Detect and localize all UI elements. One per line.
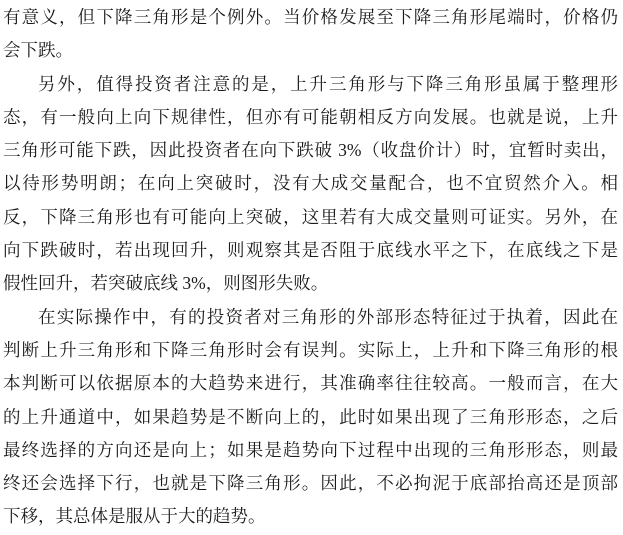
text-line: 以待形势明朗；在向上突破时，没有大成交量配合，也不宜贸然介入。相 <box>3 167 618 200</box>
text-line: 最终选择的方向还是向上；如果是趋势向下过程中出现的三角形形态，则最 <box>3 434 618 467</box>
text-line: 态，有一般向上向下规律性，但亦有可能朝相反方向发展。也就是说，上升 <box>3 101 618 134</box>
text-line: 下移，其总体是服从于大的趋势。 <box>3 500 618 533</box>
document-page: 有意义，但下降三角形是个例外。当价格发展至下降三角形尾端时，价格仍 会下跌。 另… <box>0 0 623 535</box>
text-line: 有意义，但下降三角形是个例外。当价格发展至下降三角形尾端时，价格仍 <box>3 1 618 34</box>
text-line: 向下跌破时，若出现回升，则观察其是否阻于底线水平之下，在底线之下是 <box>3 234 618 267</box>
text-line: 在实际操作中，有的投资者对三角形的外部形态特征过于执着，因此在 <box>3 301 618 334</box>
text-line: 会下跌。 <box>3 34 618 67</box>
text-line: 的上升通道中，如果趋势是不断向上的，此时如果出现了三角形形态，之后 <box>3 401 618 434</box>
text-line: 三角形可能下跌，因此投资者在向下跌破 3%（收盘价计）时，宜暂时卖出， <box>3 134 618 167</box>
paragraph: 在实际操作中，有的投资者对三角形的外部形态特征过于执着，因此在 判断上升三角形和… <box>3 301 618 534</box>
text-line: 假性回升，若突破底线 3%，则图形失败。 <box>3 267 618 300</box>
text-line: 判断上升三角形和下降三角形时会有误判。实际上，上升和下降三角形的根 <box>3 334 618 367</box>
paragraph: 另外，值得投资者注意的是，上升三角形与下降三角形虽属于整理形 态，有一般向上向下… <box>3 68 618 301</box>
text-line: 另外，值得投资者注意的是，上升三角形与下降三角形虽属于整理形 <box>3 68 618 101</box>
text-line: 反，下降三角形也有可能向上突破，这里若有大成交量则可证实。另外，在 <box>3 201 618 234</box>
text-line: 终还会选择下行，也就是下降三角形。因此，不必拘泥于底部抬高还是顶部 <box>3 467 618 500</box>
text-line: 本判断可以依据原本的大趋势来进行，其准确率往往较高。一般而言，在大 <box>3 367 618 400</box>
paragraph: 有意义，但下降三角形是个例外。当价格发展至下降三角形尾端时，价格仍 会下跌。 <box>3 1 618 68</box>
